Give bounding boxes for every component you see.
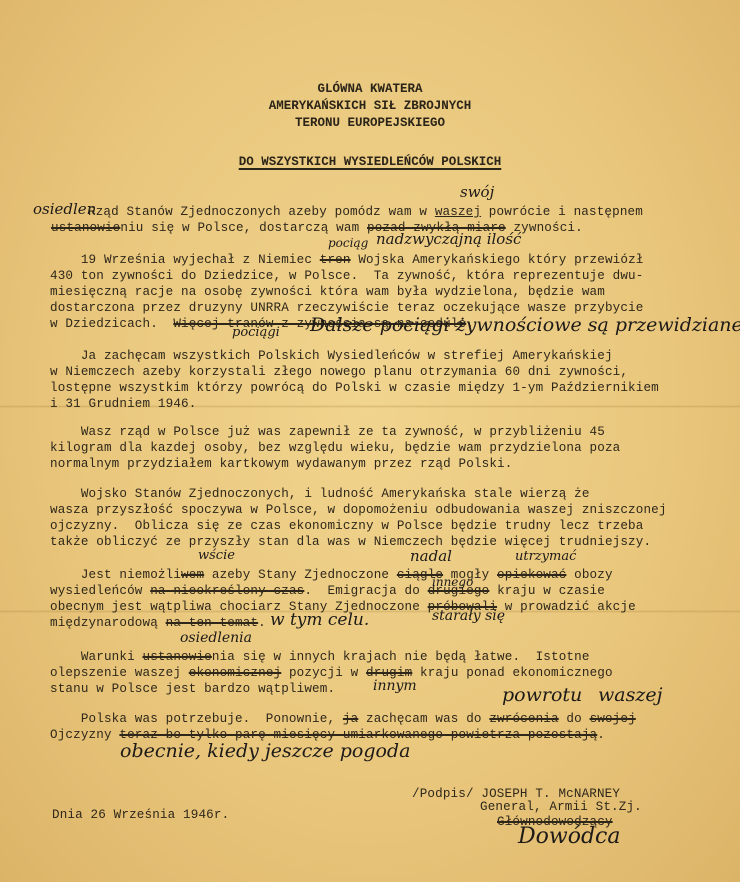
handwritten-note: waszej xyxy=(598,684,663,706)
handwritten-note: swój xyxy=(460,183,494,201)
text-line: 19 Września wyjechał z Niemiec tren Wojs… xyxy=(50,253,644,267)
text-line: olepszenie waszej ekonomicznej pozycji w… xyxy=(50,666,613,680)
handwritten-note: obecnie, kiedy jeszcze pogoda xyxy=(120,740,410,762)
handwritten-note: starały się xyxy=(432,608,505,624)
text-line: Ja zachęcam wszystkich Polskich Wysiedle… xyxy=(50,349,613,363)
text-line: międzynarodową na ten temat. xyxy=(50,616,266,630)
header-line-1: GLÓWNA KWATERA xyxy=(0,82,740,96)
text-line: także obliczyć ze przyszły stan dla was … xyxy=(50,535,651,549)
text-line: stanu w Polsce jest bardzo wątpliwem. xyxy=(50,682,335,696)
text-line: Polska was potrzebuje. Ponownie, ja zach… xyxy=(50,712,636,726)
handwritten-note: powrotu xyxy=(502,684,582,706)
text-line: dostarczona przez druzyny UNRRA rzeczywi… xyxy=(50,301,643,315)
handwritten-note: Dalsze pociągi żywnościowe są przewidzia… xyxy=(310,314,740,336)
text-line: i 31 Grudniem 1946. xyxy=(50,397,196,411)
text-line: Wasz rząd w Polsce już was zapewnił ze t… xyxy=(50,425,605,439)
header-line-2: AMERYKAŃSKICH SIŁ ZBROJNYCH xyxy=(0,99,740,113)
handwritten-note: innym xyxy=(373,678,417,694)
text-line: wasza przyszłość spoczywa w Polsce, w do… xyxy=(50,503,667,517)
title-text: DO WSZYSTKICH WYSIEDLEŃCÓW POLSKICH xyxy=(239,155,502,169)
text-line: miesięczną racje na osobę zywności która… xyxy=(50,285,605,299)
header-line-3: TERONU EUROPEJSKIEGO xyxy=(0,116,740,130)
text-line: 430 ton zywności do Dziedzice, w Polsce.… xyxy=(50,269,643,283)
text-line: normalnym przydziałem kartkowym wydawany… xyxy=(50,457,512,471)
handwritten-note: osiedlen xyxy=(33,200,96,218)
text-line: ojczyzny. Oblicza się ze czas ekonomiczn… xyxy=(50,519,643,533)
handwritten-correction: Dowódca xyxy=(518,824,620,849)
signature-name: /Podpis/ JOSEPH T. McNARNEY xyxy=(412,787,620,801)
document-title: DO WSZYSTKICH WYSIEDLEŃCÓW POLSKICH xyxy=(0,155,740,169)
text-line: kilogram dla kazdej osoby, bez względu w… xyxy=(50,441,620,455)
handwritten-note: nadzwyczajną ilość xyxy=(376,230,521,248)
handwritten-note: nadal xyxy=(410,547,452,565)
handwritten-note: wście xyxy=(198,548,235,563)
handwritten-note: pociągi xyxy=(232,325,280,340)
text-line: Warunki ustanowienia się w innych krajac… xyxy=(50,650,590,664)
handwritten-note: osiedlenia xyxy=(180,630,252,646)
handwritten-note: w tym celu. xyxy=(270,610,369,630)
handwritten-note: innego xyxy=(432,575,473,589)
text-line: wysiedleńców na nieokreślony czas. Emigr… xyxy=(50,584,605,598)
text-line: w Niemczech azeby korzystali złego noweg… xyxy=(50,365,628,379)
handwritten-note: utrzymać xyxy=(515,549,576,564)
text-line: Wojsko Stanów Zjednoczonych, i ludność A… xyxy=(50,487,590,501)
document-date: Dnia 26 Września 1946r. xyxy=(52,808,229,822)
text-line: lostępne wszystkim którzy powrócą do Pol… xyxy=(50,381,659,395)
text-line: Jest niemożliwem azeby Stany Zjednoczone… xyxy=(50,568,613,582)
handwritten-note: pociąg xyxy=(328,236,368,250)
signature-rank: General, Armii St.Zj. xyxy=(480,800,642,814)
document-page: GLÓWNA KWATERA AMERYKAŃSKICH SIŁ ZBROJNY… xyxy=(0,0,740,882)
text-line: Rząd Stanów Zjednoczonych azeby pomódz w… xyxy=(88,205,643,219)
